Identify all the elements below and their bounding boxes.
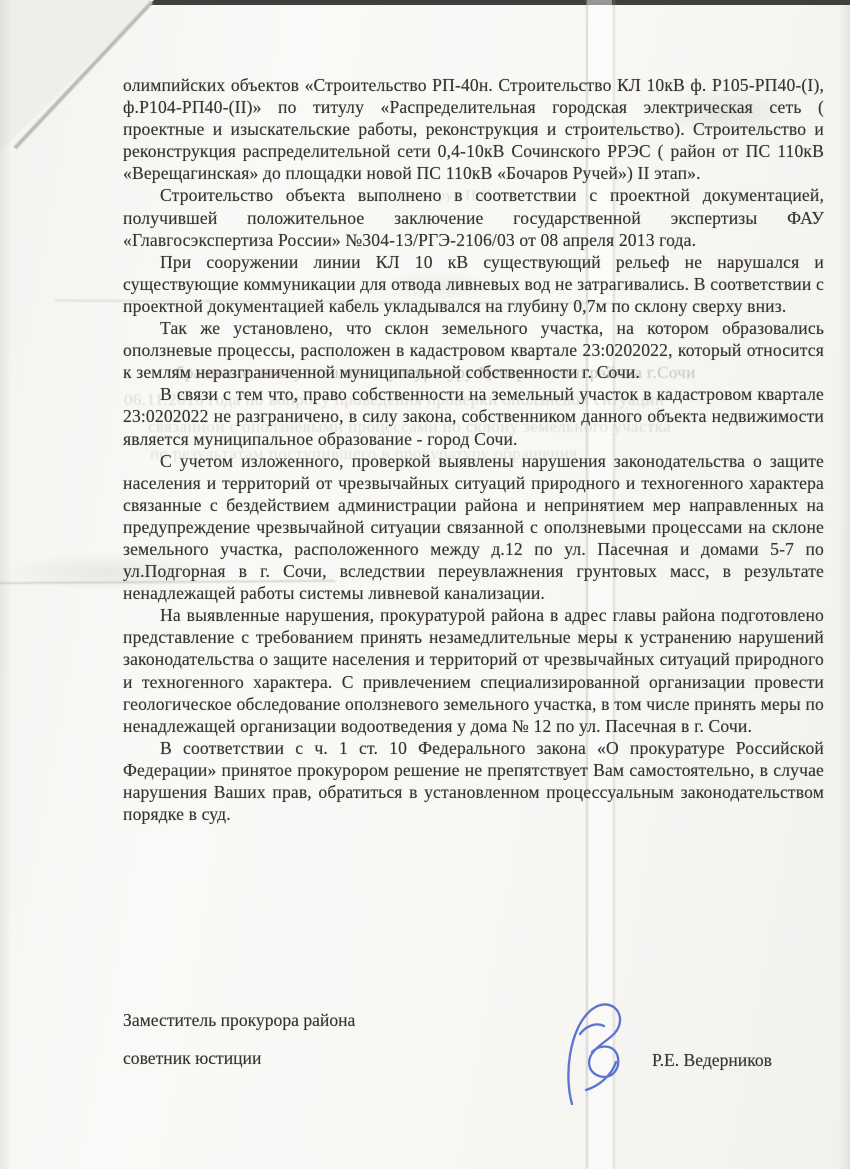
page-right-edge-shadow bbox=[838, 0, 850, 1169]
paragraph: С учетом изложенного, проверкой выявлены… bbox=[123, 450, 824, 605]
paragraph: Строительство объекта выполнено в соотве… bbox=[123, 184, 824, 250]
handwritten-signature-icon bbox=[556, 1000, 634, 1108]
paragraph: В соответствии с ч. 1 ст. 10 Федеральног… bbox=[123, 737, 824, 825]
paragraph: В связи с тем что, право собственности н… bbox=[123, 383, 824, 449]
signer-rank-line: советник юстиции bbox=[123, 1048, 261, 1069]
page-left-edge-shadow bbox=[0, 0, 12, 1169]
paragraph: олимпийских объектов «Строительство РП-4… bbox=[123, 74, 824, 184]
scan-edge-bar bbox=[113, 0, 850, 5]
signer-position-line: Заместитель прокурора района bbox=[123, 1010, 355, 1031]
paragraph: При сооружении линии КЛ 10 кВ существующ… bbox=[123, 251, 824, 317]
paragraph: Так же установлено, что склон земельного… bbox=[123, 317, 824, 383]
paragraph: На выявленные нарушения, прокуратурой ра… bbox=[123, 604, 824, 737]
letter-body: олимпийских объектов «Строительство РП-4… bbox=[123, 74, 824, 825]
signer-name: Р.Е. Ведерников bbox=[652, 1050, 772, 1071]
